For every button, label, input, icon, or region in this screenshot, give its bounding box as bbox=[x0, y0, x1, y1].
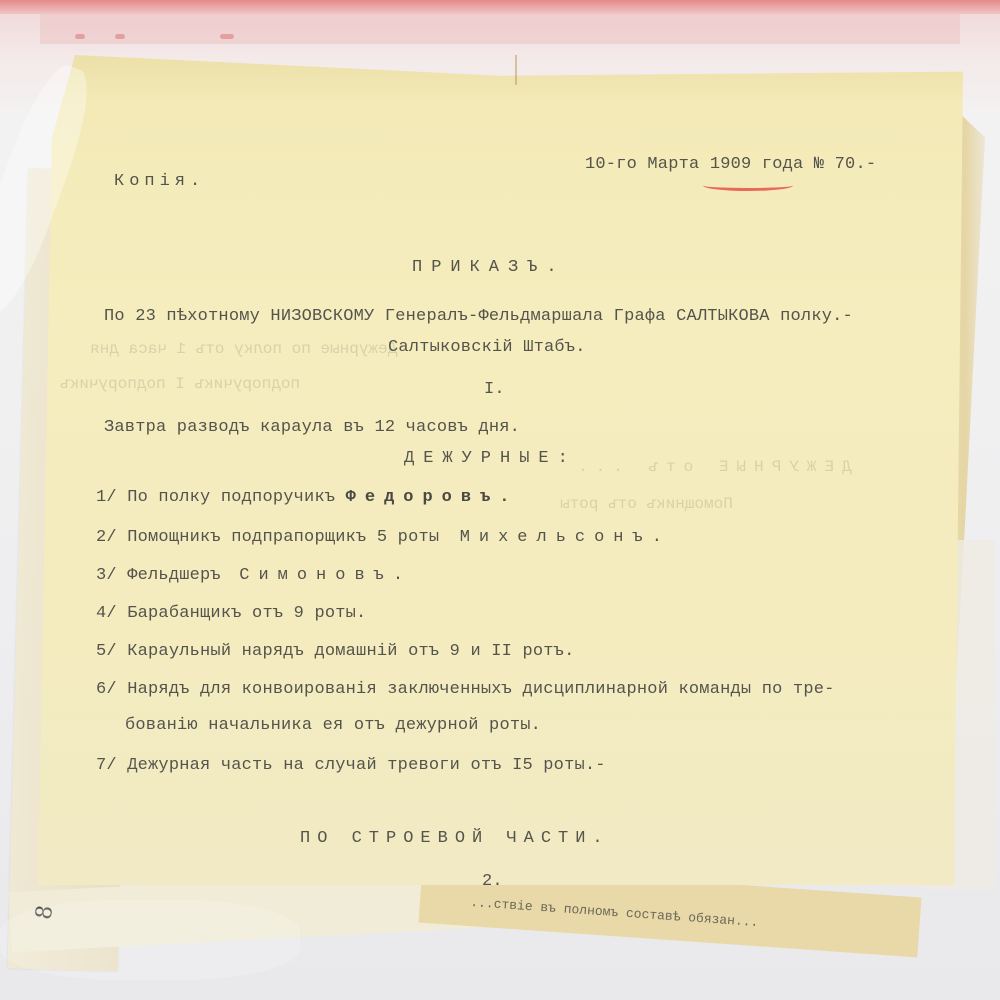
item-number: 6/ bbox=[96, 680, 117, 699]
list-item: 4/ Барабанщикъ отъ 9 роты. bbox=[96, 604, 366, 623]
item-text: Караульный нарядъ домашній отъ 9 и II ро… bbox=[127, 642, 574, 661]
location-line: Салтыковскій Штабъ. bbox=[388, 338, 586, 357]
duty-heading: ДЕЖУРНЫЕ: bbox=[404, 449, 577, 468]
item-text: Помощникъ подпрапорщикъ 5 роты bbox=[127, 528, 439, 547]
list-item: 6/ Нарядъ для конвоированія заключенныхъ… bbox=[96, 680, 835, 699]
item-text: По полку подпоручикъ bbox=[127, 488, 335, 507]
item-name: Симоновъ. bbox=[239, 566, 412, 585]
section-number: I. bbox=[484, 380, 505, 399]
item-name: Федоровъ. bbox=[346, 488, 519, 507]
bleed-through-text: ДЕЖУРНЫЕ отъ ... bbox=[570, 458, 852, 476]
item-text: Барабанщикъ отъ 9 роты. bbox=[127, 604, 366, 623]
list-item: 7/ Дежурная часть на случай тревоги отъ … bbox=[96, 756, 606, 775]
addressee-line: По 23 пѣхотному НИЗОВСКОМУ Генералъ-Фель… bbox=[104, 307, 853, 326]
bleed-through-text: Дежурные по полку отъ 1 часа дня bbox=[90, 340, 397, 358]
intro-line: Завтра разводъ караула въ 12 часовъ дня. bbox=[104, 418, 520, 437]
subsection-heading: ПО СТРОЕВОЙ ЧАСТИ. bbox=[300, 829, 610, 848]
item-text: Фельдшеръ bbox=[127, 566, 221, 585]
copy-label: Копія. bbox=[114, 172, 205, 191]
list-item: 3/ Фельдшеръ Симоновъ. bbox=[96, 566, 412, 585]
plastic-sleeve-top-edge bbox=[0, 0, 1000, 14]
paper-fold-mark bbox=[515, 55, 517, 85]
item-text: бованію начальника ея отъ дежурной роты. bbox=[125, 716, 541, 735]
list-item: 5/ Караульный нарядъ домашній отъ 9 и II… bbox=[96, 642, 575, 661]
red-underline-annotation bbox=[703, 180, 793, 191]
item-number: 4/ bbox=[96, 604, 117, 623]
sleeve-marks bbox=[30, 34, 230, 42]
item-text: Нарядъ для конвоированія заключенныхъ ди… bbox=[127, 680, 834, 699]
bleed-through-text: Помощникъ отъ роты bbox=[560, 495, 733, 513]
list-item: 2/ Помощникъ подпрапорщикъ 5 роты Михель… bbox=[96, 528, 671, 547]
bleed-through-text: подпоручикъ I подпоручикъ bbox=[60, 375, 300, 393]
list-item: 1/ По полку подпоручикъ Федоровъ. bbox=[96, 488, 519, 507]
page-number: 2. bbox=[482, 872, 503, 891]
item-number: 2/ bbox=[96, 528, 117, 547]
date-line: 10-го Марта 1909 года № 70.- bbox=[585, 155, 876, 174]
item-number: 7/ bbox=[96, 756, 117, 775]
item-number: 1/ bbox=[96, 488, 117, 507]
item-number: 5/ bbox=[96, 642, 117, 661]
item-name: Михельсонъ. bbox=[460, 528, 671, 547]
item-text: Дежурная часть на случай тревоги отъ I5 … bbox=[127, 756, 605, 775]
list-item-continuation: бованію начальника ея отъ дежурной роты. bbox=[125, 716, 541, 735]
plastic-glare bbox=[0, 900, 300, 980]
item-number: 3/ bbox=[96, 566, 117, 585]
document-title: ПРИКАЗЪ. bbox=[412, 258, 566, 277]
